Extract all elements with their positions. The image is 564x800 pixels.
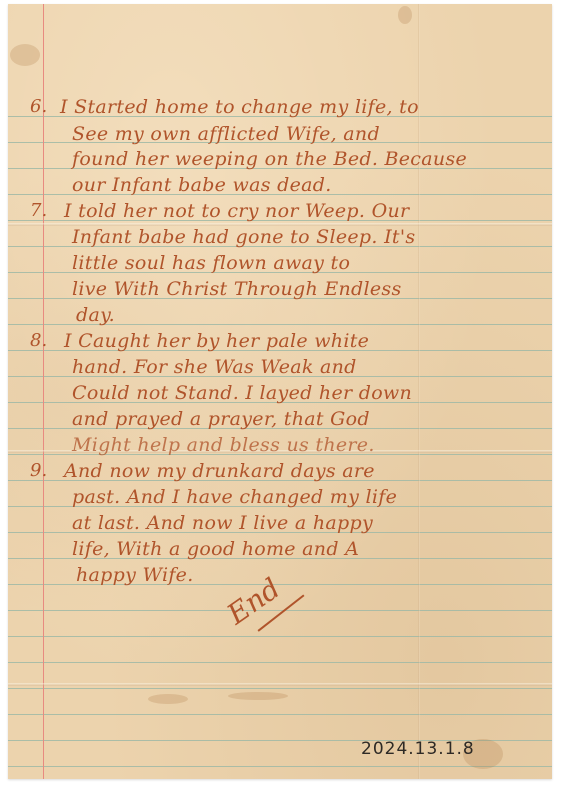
ruled-line <box>8 662 552 663</box>
vertical-fold-crease <box>418 4 420 779</box>
paper-stain <box>228 692 288 700</box>
verse-line: our Infant babe was dead. <box>72 174 332 196</box>
verse-line: little soul has flown away to <box>72 252 350 274</box>
catalog-number: 2024.13.1.8 <box>361 739 475 759</box>
verse-line: day. <box>76 304 115 326</box>
verse-line: live With Christ Through Endless <box>72 278 402 300</box>
verse-line: and prayed a prayer, that God <box>72 408 370 430</box>
paper-stain <box>148 694 188 704</box>
verse-line: I told her not to cry nor Weep. Our <box>64 200 409 222</box>
verse-line: hand. For she Was Weak and <box>72 356 357 378</box>
paper-stain <box>10 44 40 66</box>
verse-line: Could not Stand. I layed her down <box>72 382 412 404</box>
verse-line: happy Wife. <box>76 564 194 586</box>
verse-line: life, With a good home and A <box>72 538 359 560</box>
ruled-line <box>8 688 552 689</box>
horizontal-fold-crease <box>8 683 552 686</box>
verse-number: 8. <box>30 330 47 352</box>
verse-line: past. And I have changed my life <box>72 486 397 508</box>
red-margin-line <box>43 4 44 779</box>
verse-line: at last. And now I live a happy <box>72 512 373 534</box>
ruled-line <box>8 714 552 715</box>
verse-line: See my own afflicted Wife, and <box>72 123 380 145</box>
verse-number: 6. <box>30 96 47 118</box>
paper-stain <box>398 6 412 24</box>
verse-line: Infant babe had gone to Sleep. It's <box>72 226 415 248</box>
verse-line: And now my drunkard days are <box>64 460 375 482</box>
ruled-line <box>8 636 552 637</box>
verse-line: found her weeping on the Bed. Because <box>72 148 467 170</box>
verse-line: Might help and bless us there. <box>72 434 375 456</box>
verse-number: 7. <box>30 200 47 222</box>
verse-line: I Caught her by her pale white <box>64 330 369 352</box>
verse-number: 9. <box>30 460 47 482</box>
verse-line: I Started home to change my life, to <box>60 96 419 118</box>
